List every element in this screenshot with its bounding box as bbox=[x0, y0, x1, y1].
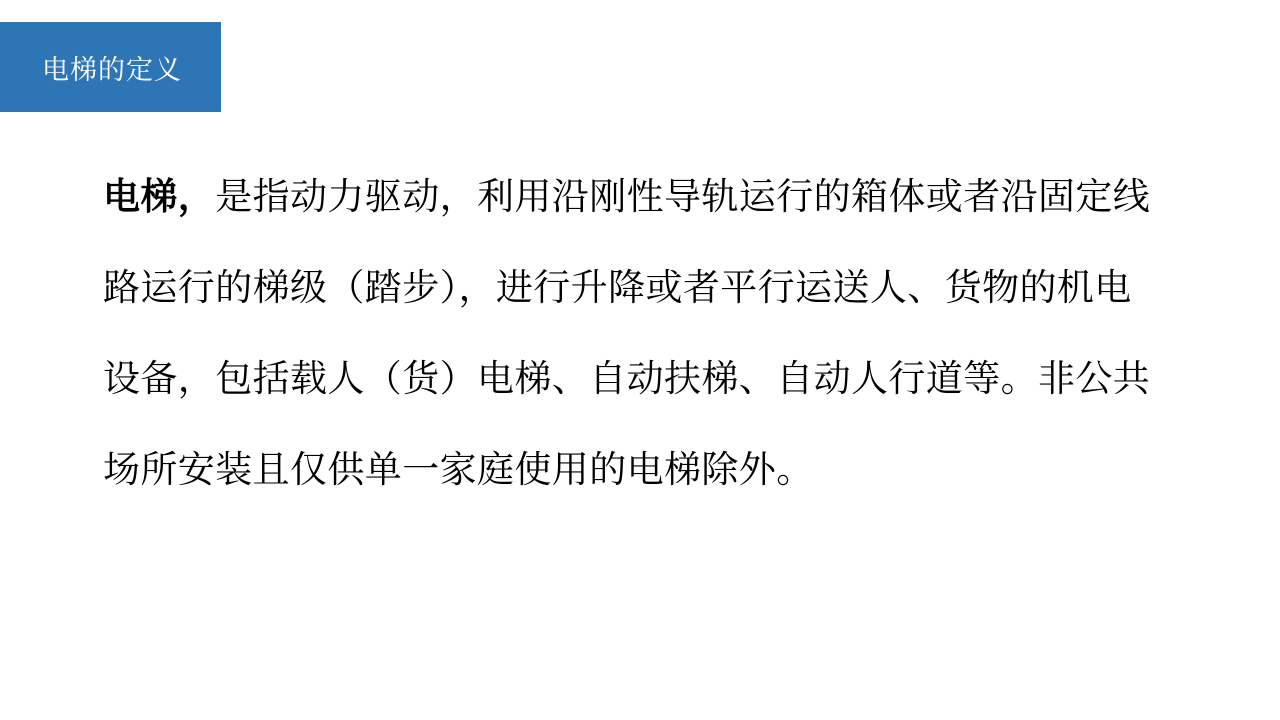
paragraph-line: 场所安装且仅供单一家庭使用的电梯除外。 bbox=[103, 424, 1178, 515]
slide-title-text: 电梯的定义 bbox=[42, 48, 182, 87]
slide-title-tab: 电梯的定义 bbox=[0, 22, 221, 112]
presentation-slide: 电梯的定义 电梯，是指动力驱动，利用沿刚性导轨运行的箱体或者沿固定线 路运行的梯… bbox=[0, 0, 1280, 720]
definition-paragraph: 电梯，是指动力驱动，利用沿刚性导轨运行的箱体或者沿固定线 路运行的梯级（踏步），… bbox=[103, 151, 1178, 515]
paragraph-line: 电梯，是指动力驱动，利用沿刚性导轨运行的箱体或者沿固定线 bbox=[103, 151, 1178, 242]
paragraph-line: 路运行的梯级（踏步），进行升降或者平行运送人、货物的机电 bbox=[103, 242, 1178, 333]
paragraph-line: 设备，包括载人（货）电梯、自动扶梯、自动人行道等。非公共 bbox=[103, 333, 1178, 424]
paragraph-line-text: 是指动力驱动，利用沿刚性导轨运行的箱体或者沿固定线 bbox=[215, 176, 1150, 217]
term-bold-lead: 电梯， bbox=[103, 176, 215, 217]
